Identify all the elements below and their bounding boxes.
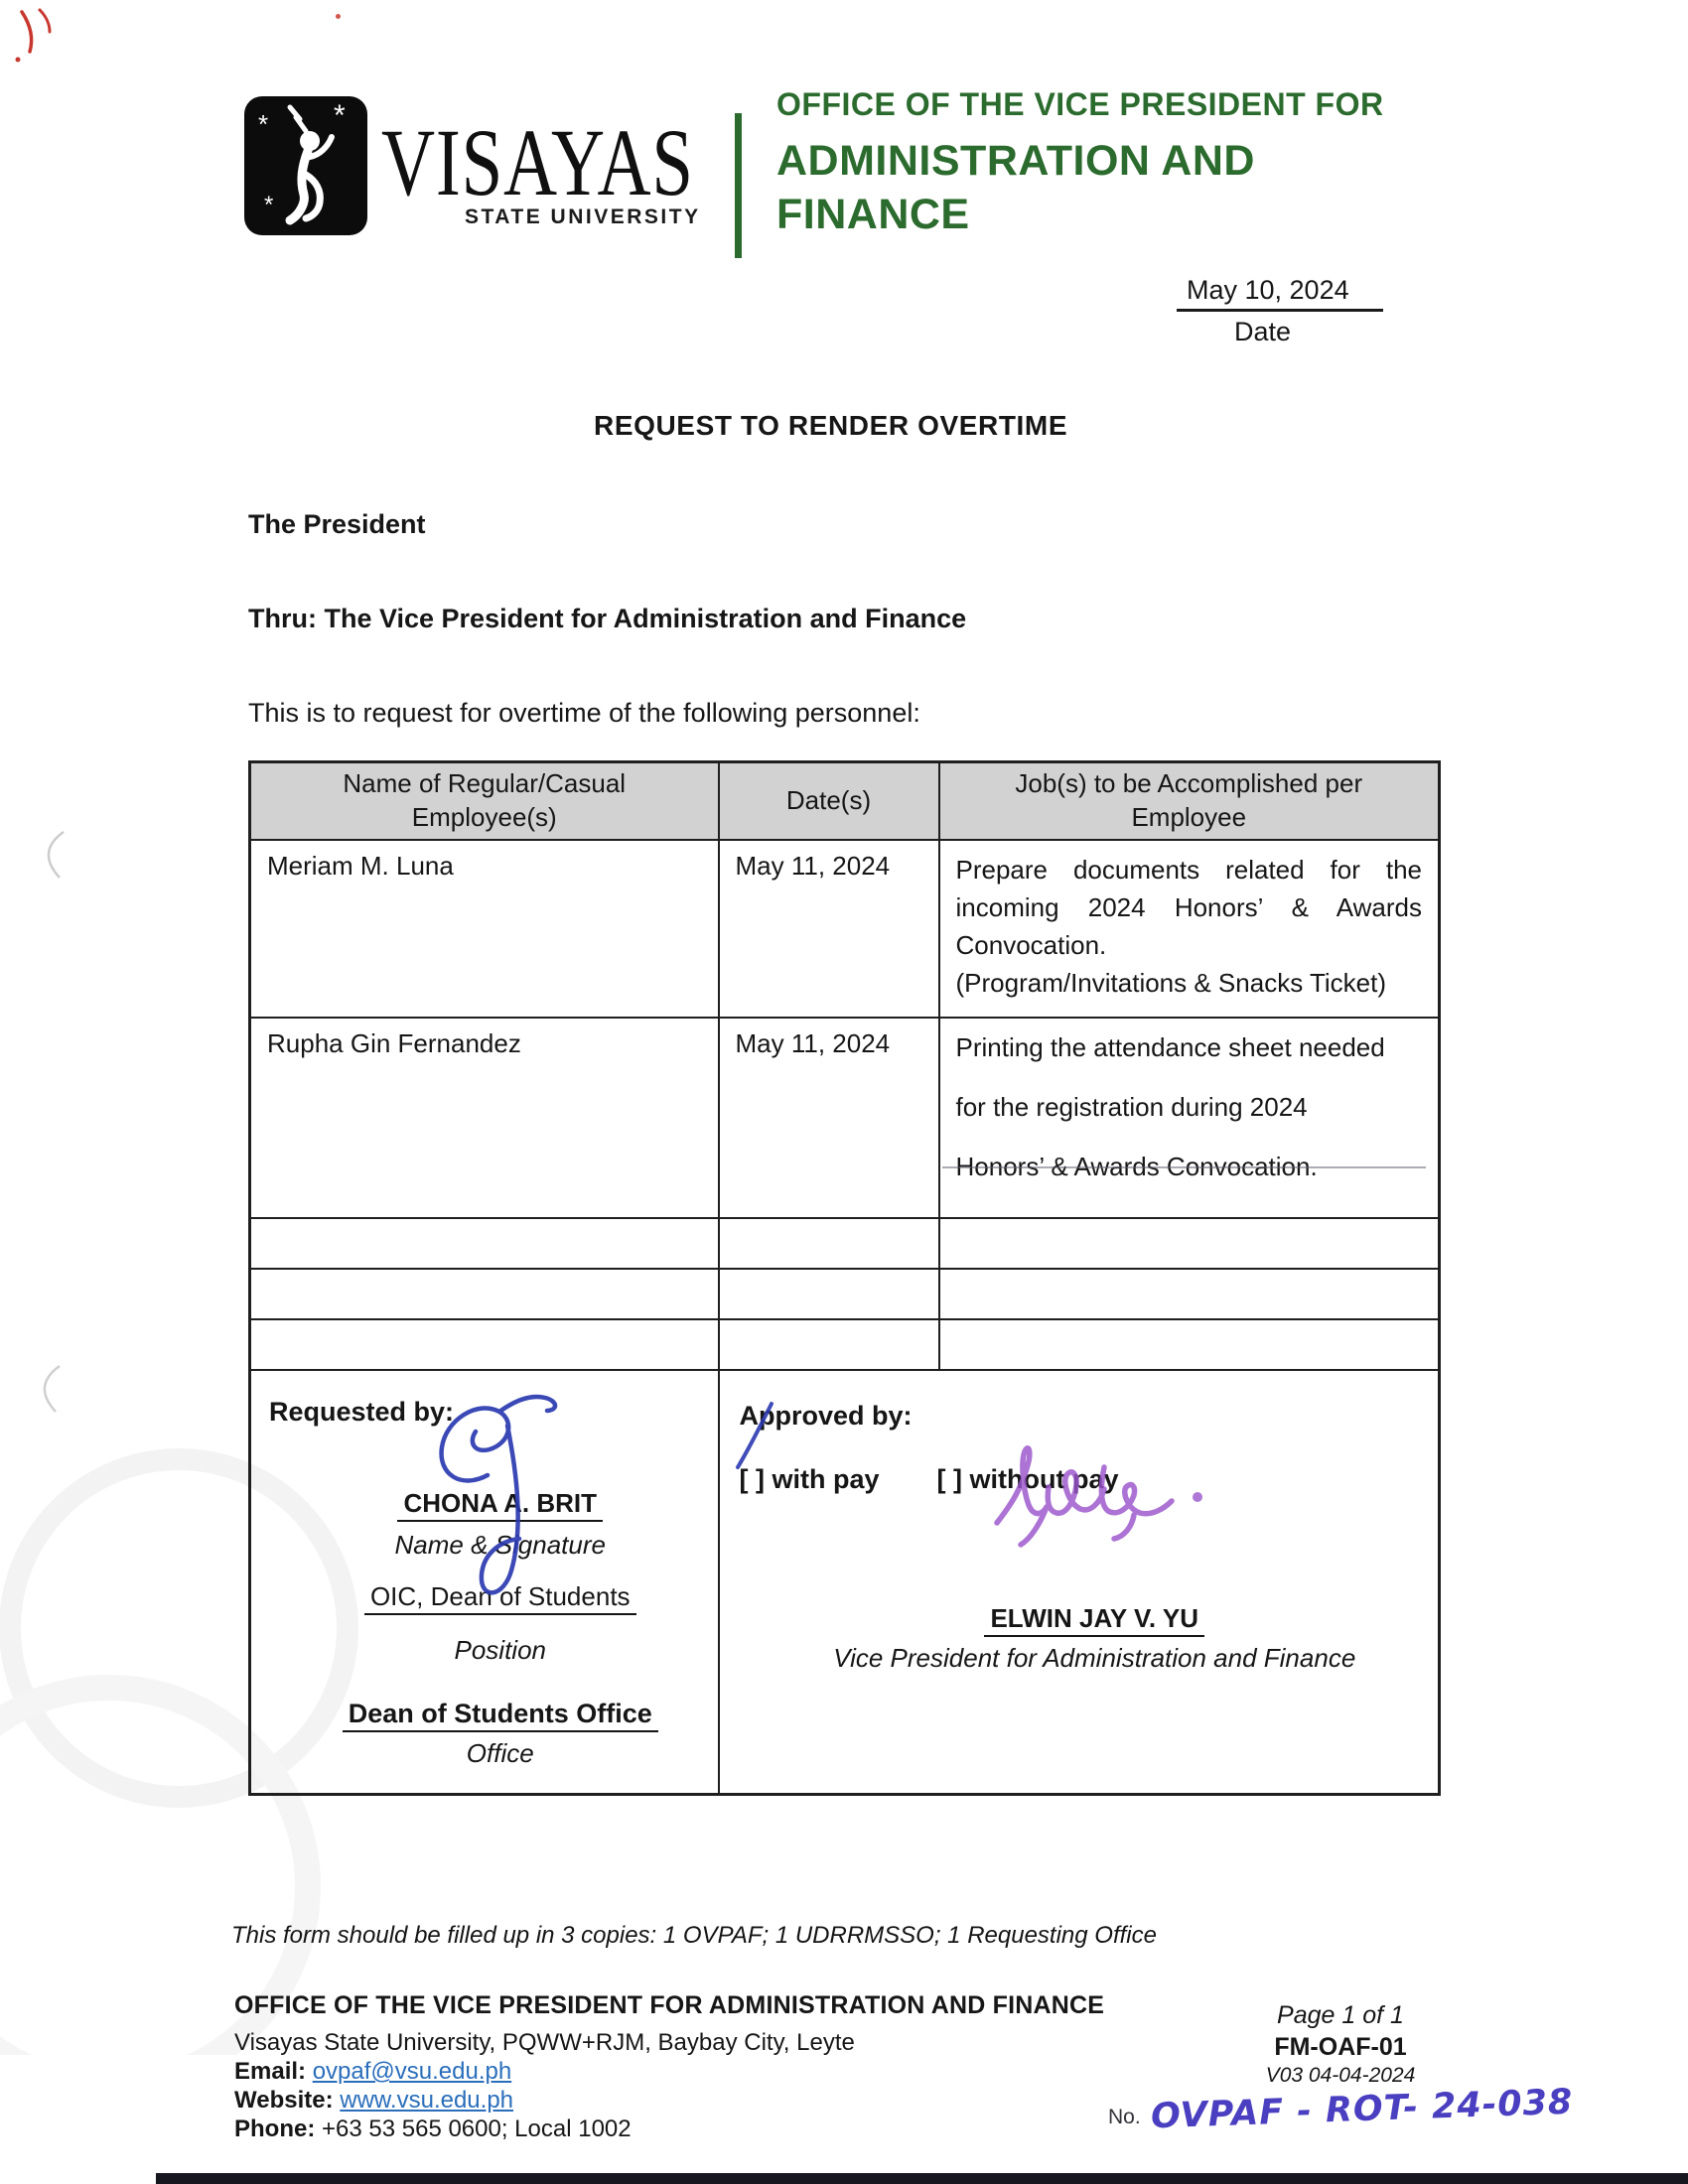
pay-options: [ ] with pay [ ] without pay bbox=[740, 1464, 1119, 1495]
footer-website-line: Website: www.vsu.edu.ph bbox=[234, 2086, 1104, 2115]
approved-by-cell: Approved by: [ ] with pay [ ] without pa… bbox=[719, 1370, 1440, 1794]
form-version: V03 04-04-2024 bbox=[1162, 2064, 1519, 2088]
scan-artifact-red-dot bbox=[336, 14, 341, 19]
form-number-handwritten: OVPAF - ROT- 24-038 bbox=[1150, 2083, 1574, 2137]
scan-artifact-arc bbox=[30, 824, 70, 884]
svg-text:*: * bbox=[334, 99, 346, 132]
phone-label: Phone: bbox=[234, 2116, 315, 2142]
employee-name: Rupha Gin Fernandez bbox=[250, 1018, 719, 1218]
date-block: May 10, 2024 Date bbox=[1177, 275, 1383, 347]
empty-table-row bbox=[250, 1218, 1440, 1269]
document-title: REQUEST TO RENDER OVERTIME bbox=[594, 410, 1067, 442]
footer-phone-line: Phone: +63 53 565 0600; Local 1002 bbox=[234, 2115, 1104, 2143]
office-caption: Office bbox=[267, 1738, 734, 1769]
overtime-table: Name of Regular/Casual Employee(s) Date(… bbox=[248, 760, 1441, 1796]
header-name: Name of Regular/Casual Employee(s) bbox=[250, 762, 719, 841]
requested-by-label: Requested by: bbox=[269, 1397, 454, 1428]
job-line: (Program/Invitations & Snacks Ticket) bbox=[956, 964, 1423, 1002]
page-number: Page 1 of 1 bbox=[1162, 2001, 1519, 2030]
table-header-row: Name of Regular/Casual Employee(s) Date(… bbox=[250, 762, 1440, 841]
email-label: Email: bbox=[234, 2058, 306, 2085]
email-link[interactable]: ovpaf@vsu.edu.ph bbox=[313, 2058, 512, 2085]
form-meta-block: Page 1 of 1 FM-OAF-01 V03 04-04-2024 No.… bbox=[1162, 2001, 1519, 2129]
office-title-line2: ADMINISTRATION AND bbox=[776, 134, 1384, 188]
job-description: Prepare documents related for the incomi… bbox=[939, 840, 1440, 1018]
office-title-line3: FINANCE bbox=[776, 188, 1384, 241]
approver-position: Vice President for Administration and Fi… bbox=[736, 1643, 1455, 1674]
university-subtitle: STATE UNIVERSITY bbox=[465, 205, 701, 229]
overtime-date: May 11, 2024 bbox=[719, 1018, 939, 1218]
requester-name: CHONA A. BRIT bbox=[267, 1488, 734, 1522]
empty-table-row bbox=[250, 1269, 1440, 1319]
without-pay-option: [ ] without pay bbox=[937, 1464, 1119, 1495]
university-wordmark: VISAYAS bbox=[381, 115, 694, 210]
office-title: OFFICE OF THE VICE PRESIDENT FOR ADMINIS… bbox=[776, 87, 1384, 242]
approved-by-label: Approved by: bbox=[740, 1401, 913, 1432]
intro-line: This is to request for overtime of the f… bbox=[248, 698, 920, 729]
scan-artifact-red-marks bbox=[6, 2, 85, 71]
with-pay-option: [ ] with pay bbox=[740, 1464, 880, 1495]
form-number-label: No. bbox=[1108, 2106, 1141, 2129]
date-label: Date bbox=[1234, 317, 1383, 347]
footer-office-block: OFFICE OF THE VICE PRESIDENT FOR ADMINIS… bbox=[234, 1991, 1104, 2143]
recipient-line: The President bbox=[248, 509, 426, 540]
date-value: May 10, 2024 bbox=[1177, 275, 1383, 312]
position-caption: Position bbox=[267, 1635, 734, 1666]
overtime-date: May 11, 2024 bbox=[719, 840, 939, 1018]
job-line: Printing the attendance sheet needed bbox=[956, 1028, 1423, 1066]
job-line: Convocation. bbox=[956, 926, 1423, 964]
job-line: for the registration during 2024 bbox=[956, 1088, 1423, 1126]
job-line: Honors’ & Awards Convocation. bbox=[956, 1148, 1423, 1185]
header-date: Date(s) bbox=[719, 762, 939, 841]
form-number-line: No. OVPAF - ROT- 24-038 bbox=[1162, 2090, 1519, 2129]
signature-row: Requested by: CHONA A. BRIT Name & Signa… bbox=[250, 1370, 1440, 1794]
job-line: incoming 2024 Honors’ & Awards bbox=[956, 888, 1423, 926]
table-row: Meriam M. Luna May 11, 2024 Prepare docu… bbox=[250, 840, 1440, 1018]
job-line: Prepare documents related for the bbox=[956, 851, 1423, 888]
requested-by-cell: Requested by: CHONA A. BRIT Name & Signa… bbox=[250, 1370, 719, 1794]
website-link[interactable]: www.vsu.edu.ph bbox=[340, 2087, 513, 2114]
copies-note: This form should be filled up in 3 copie… bbox=[231, 1922, 1157, 1950]
svg-text:*: * bbox=[258, 109, 268, 139]
university-logo: * * * bbox=[244, 96, 367, 235]
phone-value: +63 53 565 0600; Local 1002 bbox=[322, 2116, 632, 2142]
header-job: Job(s) to be Accomplished per Employee bbox=[939, 762, 1440, 841]
requester-office: Dean of Students Office bbox=[267, 1699, 734, 1732]
university-logo-figure: * * * bbox=[244, 96, 367, 235]
footer-address: Visayas State University, PQWW+RJM, Bayb… bbox=[234, 2028, 1104, 2057]
scanned-overtime-request-form: * * * VISAYAS STATE UNIVERSITY OFFICE OF… bbox=[0, 0, 1688, 2184]
scan-artifact-bottom-edge bbox=[156, 2173, 1688, 2184]
scan-artifact-arc bbox=[26, 1358, 66, 1418]
empty-table-row bbox=[250, 1319, 1440, 1370]
footer-email-line: Email: ovpaf@vsu.edu.ph bbox=[234, 2057, 1104, 2086]
office-title-line1: OFFICE OF THE VICE PRESIDENT FOR bbox=[776, 87, 1384, 122]
name-signature-caption: Name & Signature bbox=[267, 1530, 734, 1561]
thru-line: Thru: The Vice President for Administrat… bbox=[248, 604, 966, 634]
employee-name: Meriam M. Luna bbox=[250, 840, 719, 1018]
footer-office-name: OFFICE OF THE VICE PRESIDENT FOR ADMINIS… bbox=[234, 1991, 1104, 2020]
job-description: Printing the attendance sheet needed for… bbox=[939, 1018, 1440, 1218]
form-code: FM-OAF-01 bbox=[1162, 2033, 1519, 2062]
website-label: Website: bbox=[234, 2087, 334, 2114]
requester-position: OIC, Dean of Students bbox=[267, 1581, 734, 1615]
approver-name: ELWIN JAY V. YU bbox=[736, 1603, 1455, 1637]
svg-text:*: * bbox=[264, 192, 273, 218]
table-row: Rupha Gin Fernandez May 11, 2024 Printin… bbox=[250, 1018, 1440, 1218]
letterhead-divider bbox=[735, 113, 742, 258]
